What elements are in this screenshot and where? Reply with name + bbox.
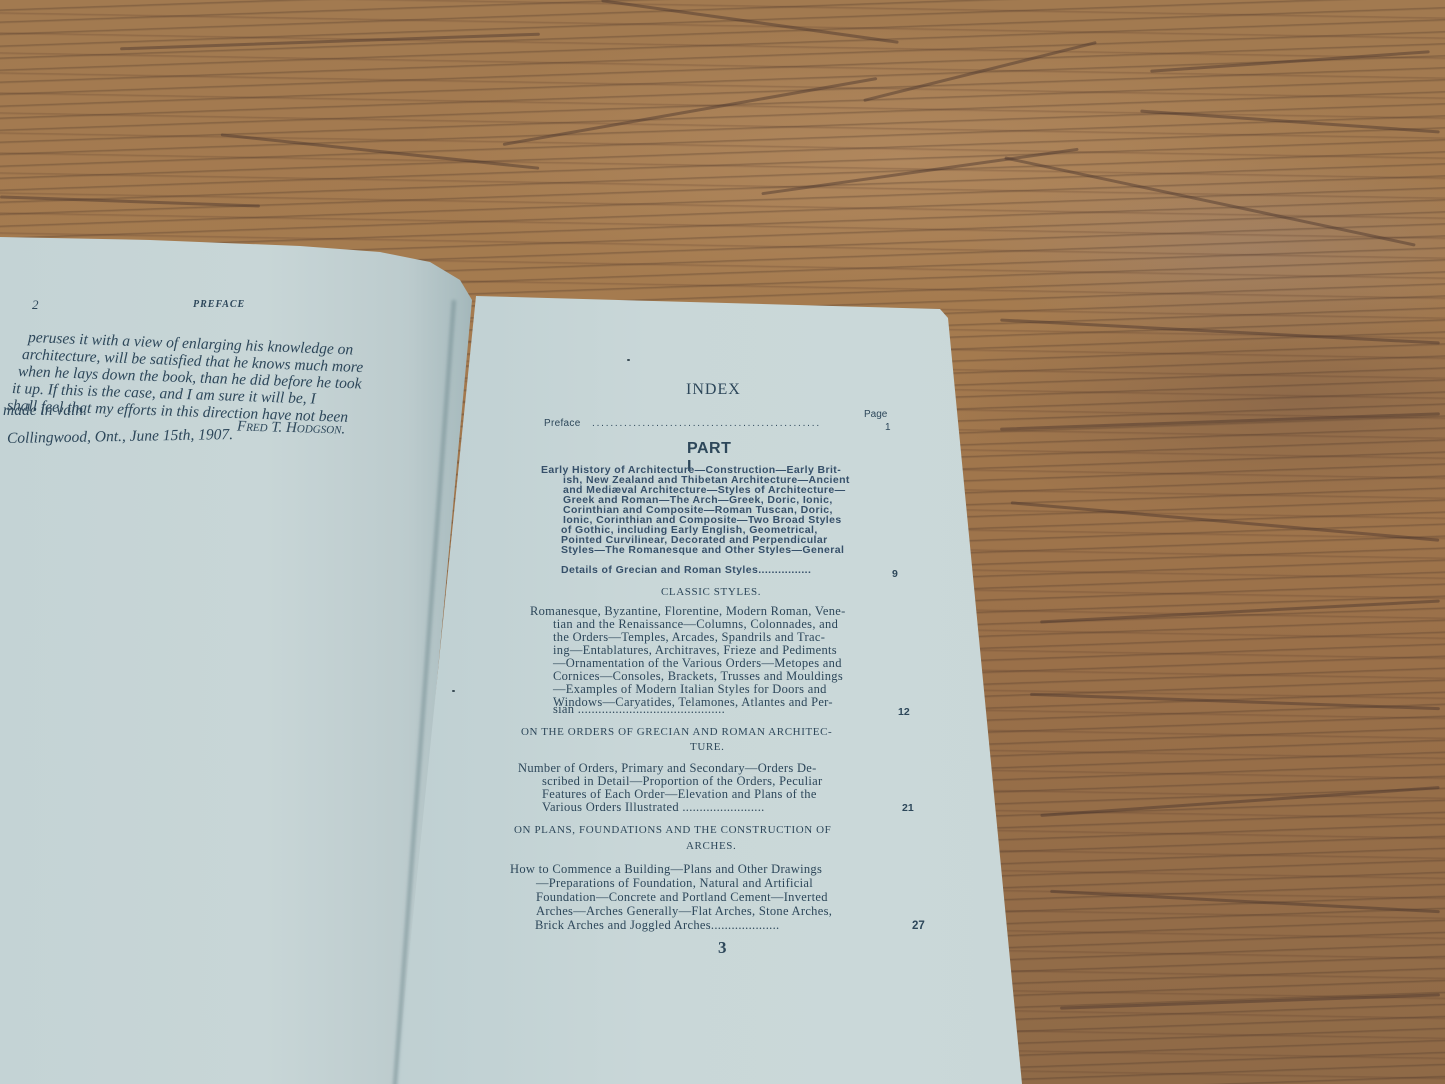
entry-line: —Preparations of Foundation, Natural and… bbox=[536, 876, 813, 891]
wood-grain bbox=[601, 0, 898, 44]
wood-grain bbox=[120, 33, 540, 51]
wood-grain bbox=[1004, 156, 1415, 246]
wood-grain bbox=[1040, 786, 1439, 817]
entry-line: Various Orders Illustrated .............… bbox=[542, 800, 765, 815]
entry-page-number: 12 bbox=[898, 706, 910, 718]
entry-line: Foundation—Concrete and Portland Cement—… bbox=[536, 890, 828, 905]
entry-line: Arches—Arches Generally—Flat Arches, Sto… bbox=[536, 904, 832, 919]
wood-grain bbox=[863, 41, 1097, 102]
entry-line: Brick Arches and Joggled Arches.........… bbox=[535, 918, 779, 933]
running-head: PREFACE bbox=[193, 299, 245, 310]
paper-speck bbox=[627, 359, 630, 361]
entry-line: How to Commence a Building—Plans and Oth… bbox=[510, 862, 822, 877]
page-column-label: Page bbox=[864, 409, 887, 420]
entry-line: Styles—The Romanesque and Other Styles—G… bbox=[561, 544, 844, 556]
section-heading: ARCHES. bbox=[686, 840, 736, 852]
wood-grain bbox=[0, 195, 260, 207]
section-heading: ON THE ORDERS OF GRECIAN AND ROMAN ARCHI… bbox=[521, 726, 832, 738]
entry-line: sian ...................................… bbox=[553, 702, 725, 717]
wood-grain bbox=[1060, 993, 1440, 1009]
wood-grain bbox=[761, 148, 1078, 196]
index-title: INDEX bbox=[686, 381, 741, 399]
wood-grain bbox=[1000, 412, 1440, 430]
entry-page-number: 27 bbox=[912, 920, 925, 932]
paper-speck bbox=[452, 690, 455, 692]
section-heading: TURE. bbox=[690, 741, 724, 753]
entry-page-number: 21 bbox=[902, 802, 914, 814]
wood-grain bbox=[1150, 50, 1430, 73]
author-signature: Fred T. Hodgson. bbox=[237, 418, 346, 438]
left-page-number: 2 bbox=[32, 297, 39, 313]
wood-grain bbox=[1030, 693, 1440, 710]
section-heading: CLASSIC STYLES. bbox=[661, 586, 761, 598]
preface-entry-label: Preface bbox=[544, 418, 581, 429]
preface-line: made in vain. bbox=[3, 402, 87, 420]
wood-grain bbox=[1000, 318, 1440, 344]
wood-grain bbox=[503, 77, 878, 146]
wood-grain bbox=[1140, 110, 1439, 134]
right-page-number: 3 bbox=[718, 938, 727, 958]
section-heading: ON PLANS, FOUNDATIONS AND THE CONSTRUCTI… bbox=[514, 824, 831, 836]
wood-grain bbox=[1040, 600, 1440, 624]
wood-grain bbox=[1011, 501, 1440, 541]
entry-line: Details of Grecian and Roman Styles.....… bbox=[561, 564, 811, 576]
entry-page-number: 9 bbox=[892, 568, 898, 580]
wood-grain bbox=[221, 133, 540, 169]
dot-leader: ........................................… bbox=[592, 418, 821, 429]
wood-grain bbox=[1050, 890, 1440, 913]
preface-entry-page: 1 bbox=[885, 422, 891, 433]
